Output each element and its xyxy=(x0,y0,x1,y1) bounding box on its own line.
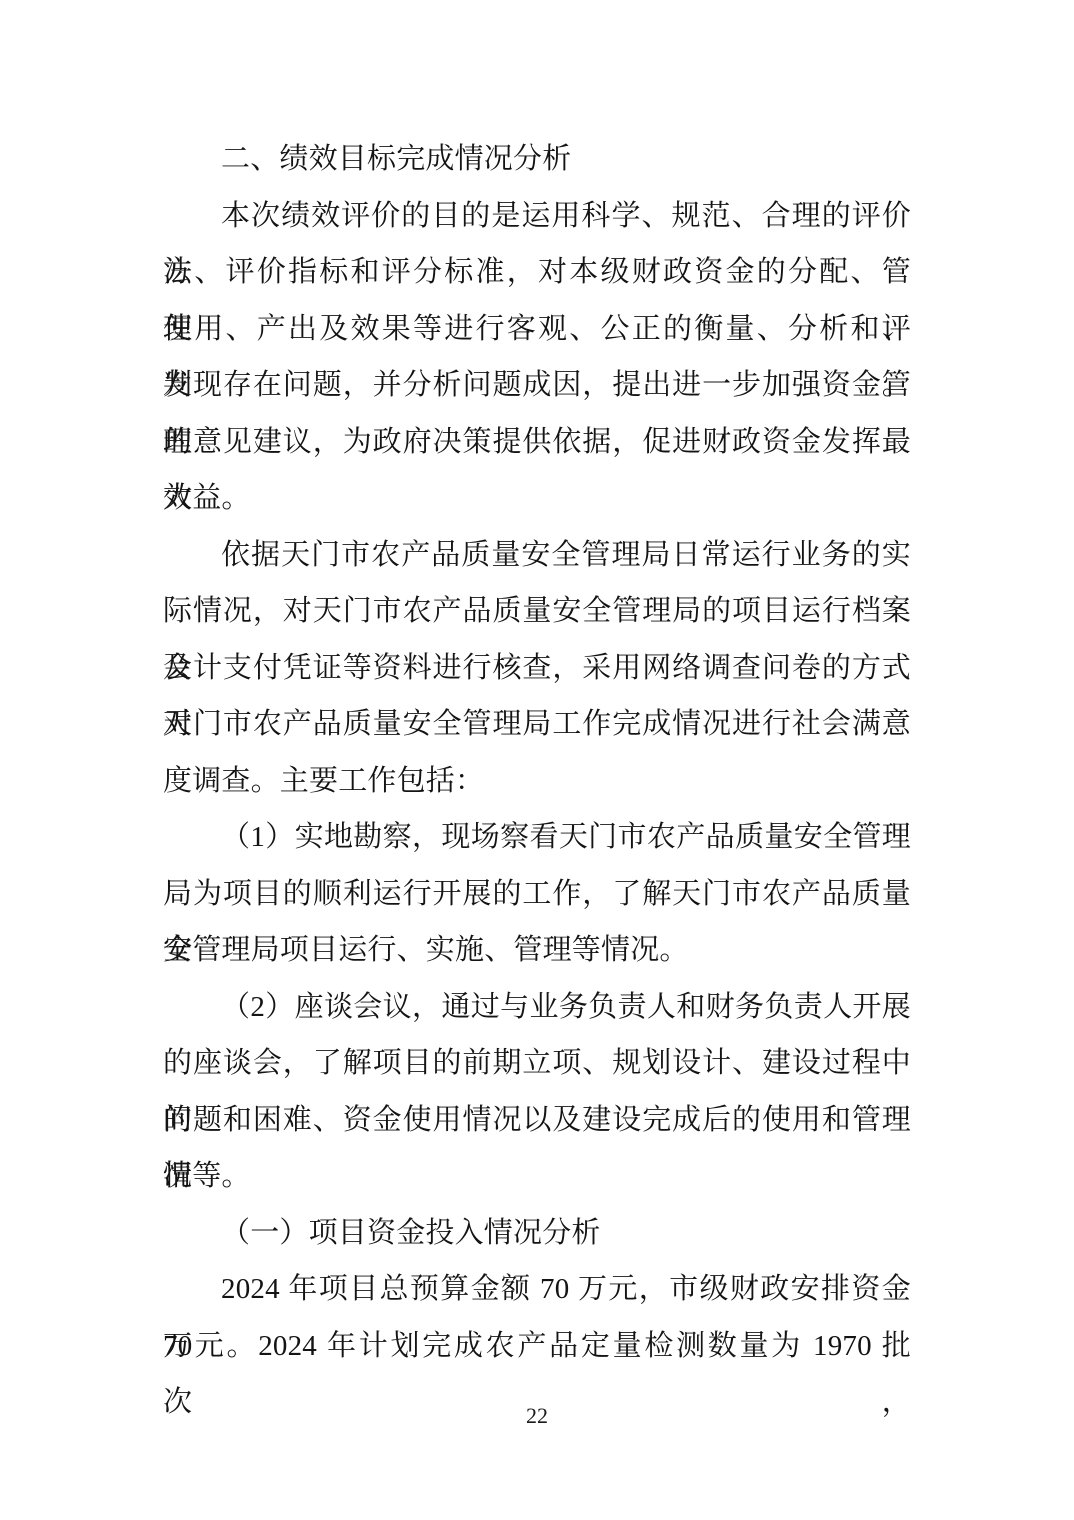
text-line: 使用、产出及效果等进行客观、公正的衡量、分析和评判。 xyxy=(163,301,911,358)
text-line: 问题和困难、资金使用情况以及建设完成后的使用和管理情 xyxy=(163,1092,911,1149)
text-line: 的座谈会，了解项目的前期立项、规划设计、建设过程中的 xyxy=(163,1035,911,1092)
text-line: 天门市农产品质量安全管理局工作完成情况进行社会满意 xyxy=(163,696,911,753)
text-line: 况等。 xyxy=(163,1148,911,1205)
text-line: 发现存在问题，并分析问题成因，提出进一步加强资金管理 xyxy=(163,357,911,414)
text-line: 法、评价指标和评分标准，对本级财政资金的分配、管理、 xyxy=(163,244,911,301)
text-line: 际情况，对天门市农产品质量安全管理局的项目运行档案及 xyxy=(163,583,911,640)
page-number: 22 xyxy=(0,1403,1074,1429)
text-line: 万元。2024 年计划完成农产品定量检测数量为 1970 批次， xyxy=(163,1318,911,1375)
text-line: 2024 年项目总预算金额 70 万元，市级财政安排资金 70 xyxy=(163,1261,911,1318)
text-line: 局为项目的顺利运行开展的工作，了解天门市农产品质量安 xyxy=(163,866,911,923)
text-line: （1）实地勘察，现场察看天门市农产品质量安全管理 xyxy=(163,809,911,866)
subsection-heading: （一）项目资金投入情况分析 xyxy=(163,1205,911,1262)
text-line: （2）座谈会议，通过与业务负责人和财务负责人开展 xyxy=(163,979,911,1036)
text-line: 全管理局项目运行、实施、管理等情况。 xyxy=(163,922,911,979)
text-line: 依据天门市农产品质量安全管理局日常运行业务的实 xyxy=(163,527,911,584)
text-line: 的意见建议，为政府决策提供依据，促进财政资金发挥最大 xyxy=(163,414,911,471)
text-line: 效益。 xyxy=(163,470,911,527)
section-heading: 二、绩效目标完成情况分析 xyxy=(163,131,911,188)
text-line: 本次绩效评价的目的是运用科学、规范、合理的评价方 xyxy=(163,188,911,245)
text-line: 会计支付凭证等资料进行核查，采用网络调查问卷的方式对 xyxy=(163,640,911,697)
text-line: 度调查。主要工作包括： xyxy=(163,753,911,810)
document-page: 二、绩效目标完成情况分析本次绩效评价的目的是运用科学、规范、合理的评价方法、评价… xyxy=(0,0,1074,1520)
document-body: 二、绩效目标完成情况分析本次绩效评价的目的是运用科学、规范、合理的评价方法、评价… xyxy=(163,131,911,1374)
